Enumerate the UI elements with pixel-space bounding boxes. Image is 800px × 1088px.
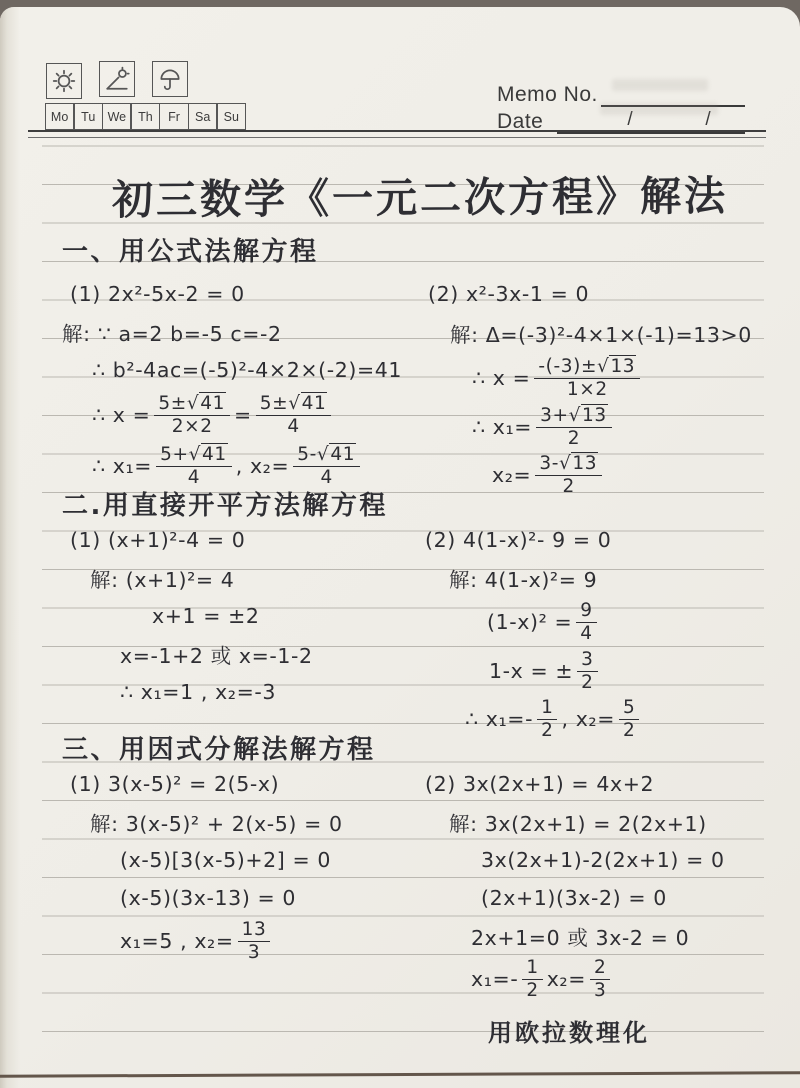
fraction: 133	[238, 920, 271, 962]
math-column: (1) 3(x-5)² = 2(5-x)解: 3(x-5)² + 2(x-5) …	[62, 765, 343, 965]
math-line: ∴ x = -(-3)±√131×2	[428, 353, 752, 403]
umbrella-icon	[152, 61, 188, 97]
math-line: x₁=-12 x₂= 23	[425, 955, 725, 1003]
fraction: 5-√414	[293, 445, 360, 487]
bottom-margin-line	[0, 1071, 800, 1078]
math-line: (2) 3x(2x+1) = 4x+2	[425, 765, 725, 803]
math-line: (1) 3(x-5)² = 2(5-x)	[62, 765, 343, 803]
page-title: 初三数学《一元二次方程》解法	[112, 163, 728, 226]
math-line: (2) x²-3x-1 = 0	[428, 275, 752, 313]
fraction: 3+√132	[536, 406, 612, 448]
fraction: 5±√414	[256, 394, 332, 436]
fraction: 12	[537, 698, 557, 740]
fraction: -(-3)±√131×2	[534, 357, 640, 399]
math-line: 解: 3x(2x+1) = 2(2x+1)	[425, 803, 725, 841]
partly-cloudy-icon	[99, 61, 135, 97]
fraction: 5±√412×2	[154, 394, 230, 436]
fraction: 5+√414	[156, 445, 232, 487]
math-line: 解: (x+1)²= 4	[62, 559, 313, 597]
fraction: 94	[576, 601, 596, 643]
math-line: (x-5)(3x-13) = 0	[62, 879, 343, 917]
fraction: 3-√132	[535, 454, 602, 496]
math-line: ∴ x = 5±√412×2 = 5±√414	[62, 389, 402, 441]
math-line: 解: 4(1-x)²= 9	[425, 559, 643, 597]
math-line: ∴ x₁=1 , x₂=-3	[62, 673, 313, 711]
math-line: ∴ x₁=-12 , x₂= 52	[425, 695, 643, 743]
math-line: 1-x = ± 32	[425, 647, 643, 695]
page-stack-edge	[0, 7, 20, 1088]
sun-icon	[46, 63, 82, 99]
math-line: 3x(2x+1)-2(2x+1) = 0	[425, 841, 725, 879]
math-column: (1) 2x²-5x-2 = 0解: ∵ a=2 b=-5 c=-2∴ b²-4…	[62, 275, 402, 491]
section-heading: 三、用因式分解法解方程	[62, 729, 376, 766]
math-column: (2) 4(1-x)²- 9 = 0解: 4(1-x)²= 9(1-x)² = …	[425, 521, 643, 743]
math-line: (1-x)² = 94	[425, 597, 643, 647]
header-divider-thick	[28, 130, 766, 132]
math-line: (2) 4(1-x)²- 9 = 0	[425, 521, 643, 559]
footer-signature: 用欧拉数理化	[488, 1013, 650, 1048]
math-line: 解: 3(x-5)² + 2(x-5) = 0	[62, 803, 343, 841]
math-line: (x-5)[3(x-5)+2] = 0	[62, 841, 343, 879]
section-heading: 二.用直接开平方法解方程	[62, 485, 388, 522]
math-column: (2) x²-3x-1 = 0解: Δ=(-3)²-4×1×(-1)=13>0∴…	[428, 275, 752, 499]
math-line: 解: Δ=(-3)²-4×1×(-1)=13>0	[428, 313, 752, 353]
math-line: x=-1+2 或 x=-1-2	[62, 635, 313, 673]
fraction: 23	[590, 958, 610, 1000]
math-line: x₁=5 , x₂= 133	[62, 917, 343, 965]
notebook-page: MoTuWeThFrSaSu Memo No. Date / / 初三数学《一元…	[0, 7, 800, 1088]
fraction: 52	[619, 698, 639, 740]
math-line: ∴ b²-4ac=(-5)²-4×2×(-2)=41	[62, 351, 402, 389]
fraction: 32	[577, 650, 597, 692]
ink-bleedthrough	[612, 79, 708, 91]
math-column: (2) 3x(2x+1) = 4x+2解: 3x(2x+1) = 2(2x+1)…	[425, 765, 725, 1003]
header-divider-thin	[28, 137, 766, 138]
math-line: 2x+1=0 或 3x-2 = 0	[425, 917, 725, 955]
section-heading: 一、用公式法解方程	[62, 231, 319, 268]
sun-icon-glyph	[51, 68, 77, 94]
memo-no-label: Memo No.	[497, 83, 598, 107]
math-line: 解: ∵ a=2 b=-5 c=-2	[62, 313, 402, 351]
math-line: (1) (x+1)²-4 = 0	[62, 521, 313, 559]
math-line: x+1 = ±2	[62, 597, 313, 635]
math-line: ∴ x₁= 5+√414 , x₂= 5-√414	[62, 441, 402, 491]
math-column: (1) (x+1)²-4 = 0解: (x+1)²= 4x+1 = ±2x=-1…	[62, 521, 313, 711]
math-line: (2x+1)(3x-2) = 0	[425, 879, 725, 917]
math-line: (1) 2x²-5x-2 = 0	[62, 275, 402, 313]
partly-cloudy-icon-glyph	[104, 66, 130, 92]
fraction: 12	[522, 958, 542, 1000]
math-line: x₂= 3-√132	[428, 451, 752, 499]
umbrella-icon-glyph	[157, 66, 183, 92]
math-line: ∴ x₁= 3+√132	[428, 403, 752, 451]
